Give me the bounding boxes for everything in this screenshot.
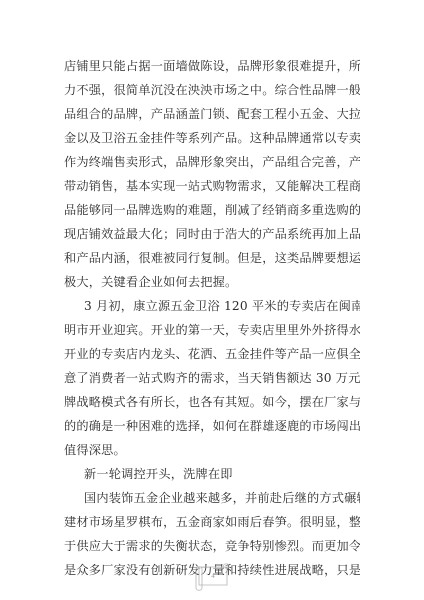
paragraph-start-line: 3 月初，康立源五金卫浴 120 平米的专卖店在闽南大地——三 [64,294,360,318]
page-number-badge: 4 [193,561,233,591]
text-line: 开业的专卖店内龙头、花洒、五金挂件等产品一应俱全，极大地满 [64,342,360,366]
page-number: 4 [193,561,233,591]
text-line: 极大，关键看企业如何去把握。 [64,270,360,294]
text-line: 和产品内涵，很难被同行复制。但是，这类品牌要想运作胜利难度 [64,246,360,270]
text-line: 的的确是一种困难的选择，如何在群雄逐鹿的市场闯出一片蓝天， [64,414,360,438]
text-line: 带动销售，基本实现一站式购物需求，又能解决工程商对多品类产 [64,174,360,198]
text-line: 品能够同一品牌选购的难题，削减了经销商多重选购的环节，能实 [64,198,360,222]
text-line: 品组合的品牌，产品涵盖门锁、配套工程小五金、大拉手、门控五 [64,102,360,126]
document-body: 店铺里只能占据一面墙做陈设，品牌形象很难提升，所以综合竞争 力不强，很简单沉没在… [64,54,360,582]
text-line: 建材市场星罗棋布，五金商家如雨后春笋。很明显，整个行业已处 [64,510,360,534]
text-line: 现店铺效益最大化；同时由于浩大的产品系统再加上品牌的共性化 [64,222,360,246]
section-heading: 新一轮调控开头，洗牌在即 [64,462,360,486]
text-line: 牌战略模式各有所长，也各有其短。如今，摆在厂家与经销商面前 [64,390,360,414]
text-line: 金以及卫浴五金挂件等系列产品。这种品牌通常以专卖店或店中店 [64,126,360,150]
text-line: 作为终端售卖形式，品牌形象突出，产品组合完善，产品相互配套 [64,150,360,174]
text-line: 明市开业迎宾。开业的第一天，专卖店里里外外挤得水泄不通。新 [64,318,360,342]
paragraph-start-line: 国内装饰五金企业越来越多，并前赴后继的方式碾轨式前行， [64,486,360,510]
text-line: 力不强，很简单沉没在泱泱市场之中。综合性品牌一般指多品类产 [64,78,360,102]
text-line: 于供应大于需求的失衡状态，竞争特别惨烈。而更加令人担忧的却 [64,534,360,558]
text-line: 值得深思。 [64,438,360,462]
text-line: 意了消费者一站式购齐的需求，当天销售额达 30 万元。以上两种品 [64,366,360,390]
document-page: 店铺里只能占据一面墙做陈设，品牌形象很难提升，所以综合竞争 力不强，很简单沉没在… [0,0,424,600]
text-line: 店铺里只能占据一面墙做陈设，品牌形象很难提升，所以综合竞争 [64,54,360,78]
